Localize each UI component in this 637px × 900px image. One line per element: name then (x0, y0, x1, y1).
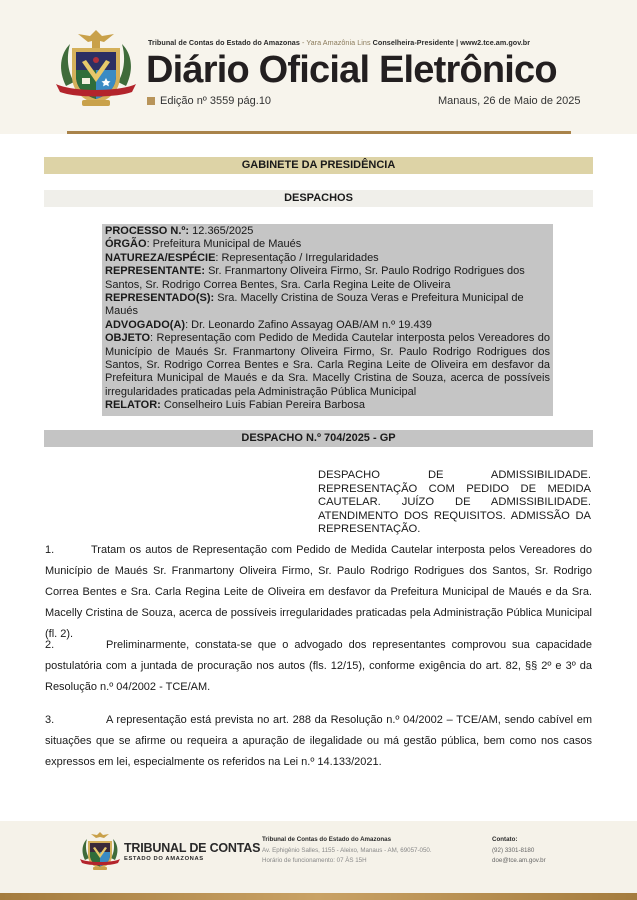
advogado-value: : Dr. Leonardo Zafino Assayag OAB/AM n.º… (185, 319, 432, 331)
advogado-row: ADVOGADO(A): Dr. Leonardo Zafino Assayag… (105, 319, 550, 332)
processo-row: PROCESSO N.º: 12.365/2025 (105, 225, 550, 238)
footer-brand-subtitle: ESTADO DO AMAZONAS (124, 856, 260, 862)
footer-gold-bar (0, 893, 637, 900)
president-title-and-url: Conselheira-Presidente | www2.tce.am.gov… (371, 38, 530, 47)
footer-hours: Horário de funcionamento: 07 ÀS 15H (262, 856, 432, 867)
institution-name: Tribunal de Contas do Estado do Amazonas (148, 38, 300, 47)
edition-info: Edição nº 3559 pág.10 (147, 95, 271, 107)
coat-of-arms-icon (78, 829, 122, 873)
paragraph-3: 3.A representação está prevista no art. … (45, 710, 592, 773)
objeto-row: OBJETO: Representação com Pedido de Medi… (105, 332, 550, 399)
relator-label: RELATOR: (105, 399, 161, 411)
natureza-row: NATUREZA/ESPÉCIE: Representação / Irregu… (105, 252, 550, 265)
footer-address: Tribunal de Contas do Estado do Amazonas… (262, 835, 432, 867)
header-institution-line: Tribunal de Contas do Estado do Amazonas… (148, 38, 530, 47)
paragraph-text: Preliminarmente, constata-se que o advog… (45, 639, 592, 693)
footer-contact: Contato: (92) 3301-8180 doe@tce.am.gov.b… (492, 835, 546, 867)
process-info-box: PROCESSO N.º: 12.365/2025 ÓRGÃO: Prefeit… (102, 224, 553, 416)
despacho-number-heading: DESPACHO N.º 704/2025 - GP (44, 430, 593, 447)
paragraph-text: Tratam os autos de Representação com Ped… (45, 544, 592, 640)
section-despachos-heading: DESPACHOS (44, 190, 593, 207)
advogado-label: ADVOGADO(A) (105, 319, 185, 331)
paragraph-number: 3. (45, 710, 106, 731)
relator-value: Conselheiro Luis Fabian Pereira Barbosa (161, 399, 365, 411)
coat-of-arms-icon (52, 26, 140, 110)
orgao-label: ÓRGÃO (105, 238, 147, 250)
orgao-value: : Prefeitura Municipal de Maués (147, 238, 302, 250)
footer-phone: (92) 3301-8180 (492, 846, 546, 857)
ementa-summary: DESPACHO DE ADMISSIBILIDADE. REPRESENTAÇ… (318, 469, 591, 537)
processo-label: PROCESSO N.º: (105, 225, 189, 237)
footer-address-line: Av. Ephigênio Salles, 1155 - Aleixo, Man… (262, 846, 432, 857)
processo-value: 12.365/2025 (189, 225, 253, 237)
paragraph-2: 2.Preliminarmente, constata-se que o adv… (45, 635, 592, 698)
section-gabinete-heading: GABINETE DA PRESIDÊNCIA (44, 157, 593, 174)
representado-row: REPRESENTADO(S): Sra. Macelly Cristina d… (105, 292, 550, 319)
objeto-label: OBJETO (105, 332, 150, 344)
header-divider (67, 131, 571, 134)
publication-date: Manaus, 26 de Maio de 2025 (438, 95, 581, 107)
orgao-row: ÓRGÃO: Prefeitura Municipal de Maués (105, 238, 550, 251)
page-header: Tribunal de Contas do Estado do Amazonas… (0, 0, 637, 134)
page-title: Diário Oficial Eletrônico (146, 48, 557, 92)
edition-bullet-icon (147, 97, 155, 105)
footer-contact-title: Contato: (492, 835, 546, 846)
footer-email[interactable]: doe@tce.am.gov.br (492, 856, 546, 867)
representado-label: REPRESENTADO(S): (105, 292, 214, 304)
president-name: Yara Amazônia Lins (306, 38, 370, 47)
representante-label: REPRESENTANTE: (105, 265, 205, 277)
objeto-value: : Representação com Pedido de Medida Cau… (105, 332, 550, 398)
paragraph-number: 1. (45, 540, 91, 561)
relator-row: RELATOR: Conselheiro Luis Fabian Pereira… (105, 399, 550, 412)
paragraph-text: A representação está prevista no art. 28… (45, 714, 592, 768)
representante-row: REPRESENTANTE: Sr. Franmartony Oliveira … (105, 265, 550, 292)
natureza-value: : Representação / Irregularidades (215, 252, 378, 264)
paragraph-number: 2. (45, 635, 106, 656)
footer-brand: TRIBUNAL DE CONTAS ESTADO DO AMAZONAS (124, 841, 260, 862)
paragraph-1: 1.Tratam os autos de Representação com P… (45, 540, 592, 645)
natureza-label: NATUREZA/ESPÉCIE (105, 252, 215, 264)
footer-brand-name: TRIBUNAL DE CONTAS (124, 841, 260, 855)
edition-label: Edição nº 3559 pág.10 (160, 95, 271, 107)
page-footer: TRIBUNAL DE CONTAS ESTADO DO AMAZONAS Tr… (0, 821, 637, 900)
footer-address-title: Tribunal de Contas do Estado do Amazonas (262, 835, 432, 846)
